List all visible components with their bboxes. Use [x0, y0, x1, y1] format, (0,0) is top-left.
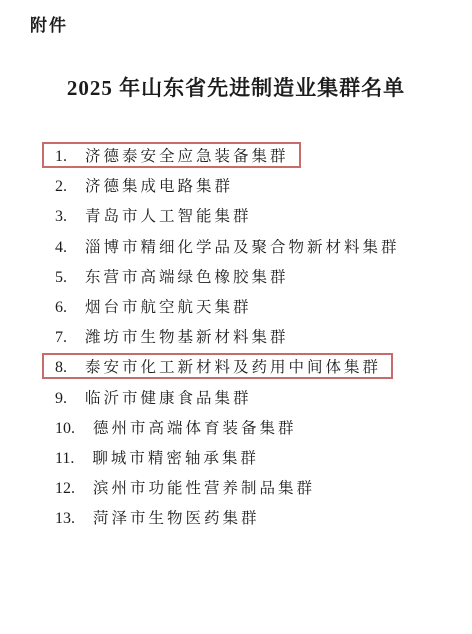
list-item-number: 2. — [55, 178, 67, 196]
list-item-content: 10. 德州市高端体育装备集群 — [42, 415, 309, 439]
attachment-label: 附件 — [30, 11, 68, 36]
list-item-content: 7. 潍坊市生物基新材料集群 — [42, 324, 301, 348]
list-item: 2. 济德集成电路集群 — [0, 170, 472, 200]
list-item-text: 泰安市化工新材料及药用中间体集群 — [85, 355, 381, 377]
list-item: 12. 滨州市功能性营养制品集群 — [0, 472, 472, 502]
list-item-text: 烟台市航空航天集群 — [85, 295, 252, 317]
list-item-content: 12. 滨州市功能性营养制品集群 — [42, 475, 327, 499]
document-page: 附件 2025 年山东省先进制造业集群名单 1. 济德泰安全应急装备集群 2. … — [0, 0, 472, 634]
list-item-number: 8. — [55, 359, 67, 377]
list-item: 13. 菏泽市生物医药集群 — [0, 502, 472, 532]
page-title: 2025 年山东省先进制造业集群名单 — [0, 72, 472, 102]
list-item: 11. 聊城市精密轴承集群 — [0, 442, 472, 472]
list-item-number: 6. — [55, 299, 67, 317]
list-item-text: 济德集成电路集群 — [85, 174, 233, 196]
list-item-number: 3. — [55, 208, 67, 226]
list-item-number: 1. — [55, 148, 67, 166]
list-item: 5. 东营市高端绿色橡胶集群 — [0, 261, 472, 291]
list-item-text: 聊城市精密轴承集群 — [92, 446, 259, 468]
list-item-content: 9. 临沂市健康食品集群 — [42, 385, 264, 409]
list-item: 9. 临沂市健康食品集群 — [0, 382, 472, 412]
list-item: 6. 烟台市航空航天集群 — [0, 291, 472, 321]
list-item-highlighted: 8. 泰安市化工新材料及药用中间体集群 — [0, 351, 472, 381]
list-item-text: 菏泽市生物医药集群 — [93, 506, 260, 528]
highlight-box: 8. 泰安市化工新材料及药用中间体集群 — [42, 353, 393, 379]
highlight-box: 1. 济德泰安全应急装备集群 — [42, 142, 301, 168]
list-item-number: 12. — [55, 480, 75, 498]
list-item-text: 潍坊市生物基新材料集群 — [85, 325, 289, 347]
list-item-number: 4. — [55, 239, 67, 257]
list-item-number: 5. — [55, 269, 67, 287]
list-item-text: 淄博市精细化学品及聚合物新材料集群 — [85, 235, 400, 257]
list-item-content: 3. 青岛市人工智能集群 — [42, 203, 264, 227]
list-item-text: 滨州市功能性营养制品集群 — [93, 476, 315, 498]
list-item-text: 德州市高端体育装备集群 — [93, 416, 297, 438]
list-item-content: 2. 济德集成电路集群 — [42, 173, 245, 197]
list-item-text: 青岛市人工智能集群 — [85, 204, 252, 226]
list-item: 3. 青岛市人工智能集群 — [0, 200, 472, 230]
list-item-number: 11. — [55, 450, 74, 468]
list-item-content: 6. 烟台市航空航天集群 — [42, 294, 264, 318]
list-item: 7. 潍坊市生物基新材料集群 — [0, 321, 472, 351]
list-item-text: 济德泰安全应急装备集群 — [85, 144, 289, 166]
cluster-list: 1. 济德泰安全应急装备集群 2. 济德集成电路集群 3. 青岛市人工智能集群 … — [0, 140, 472, 532]
list-item-number: 9. — [55, 390, 67, 408]
list-item-text: 东营市高端绿色橡胶集群 — [85, 265, 289, 287]
list-item-content: 4. 淄博市精细化学品及聚合物新材料集群 — [42, 234, 412, 258]
list-item-content: 13. 菏泽市生物医药集群 — [42, 505, 272, 529]
list-item-content: 11. 聊城市精密轴承集群 — [42, 445, 271, 469]
list-item-number: 10. — [55, 420, 75, 438]
list-item: 4. 淄博市精细化学品及聚合物新材料集群 — [0, 231, 472, 261]
list-item-text: 临沂市健康食品集群 — [85, 386, 252, 408]
list-item-number: 7. — [55, 329, 67, 347]
list-item-number: 13. — [55, 510, 75, 528]
list-item: 10. 德州市高端体育装备集群 — [0, 412, 472, 442]
list-item-content: 5. 东营市高端绿色橡胶集群 — [42, 264, 301, 288]
list-item-highlighted: 1. 济德泰安全应急装备集群 — [0, 140, 472, 170]
